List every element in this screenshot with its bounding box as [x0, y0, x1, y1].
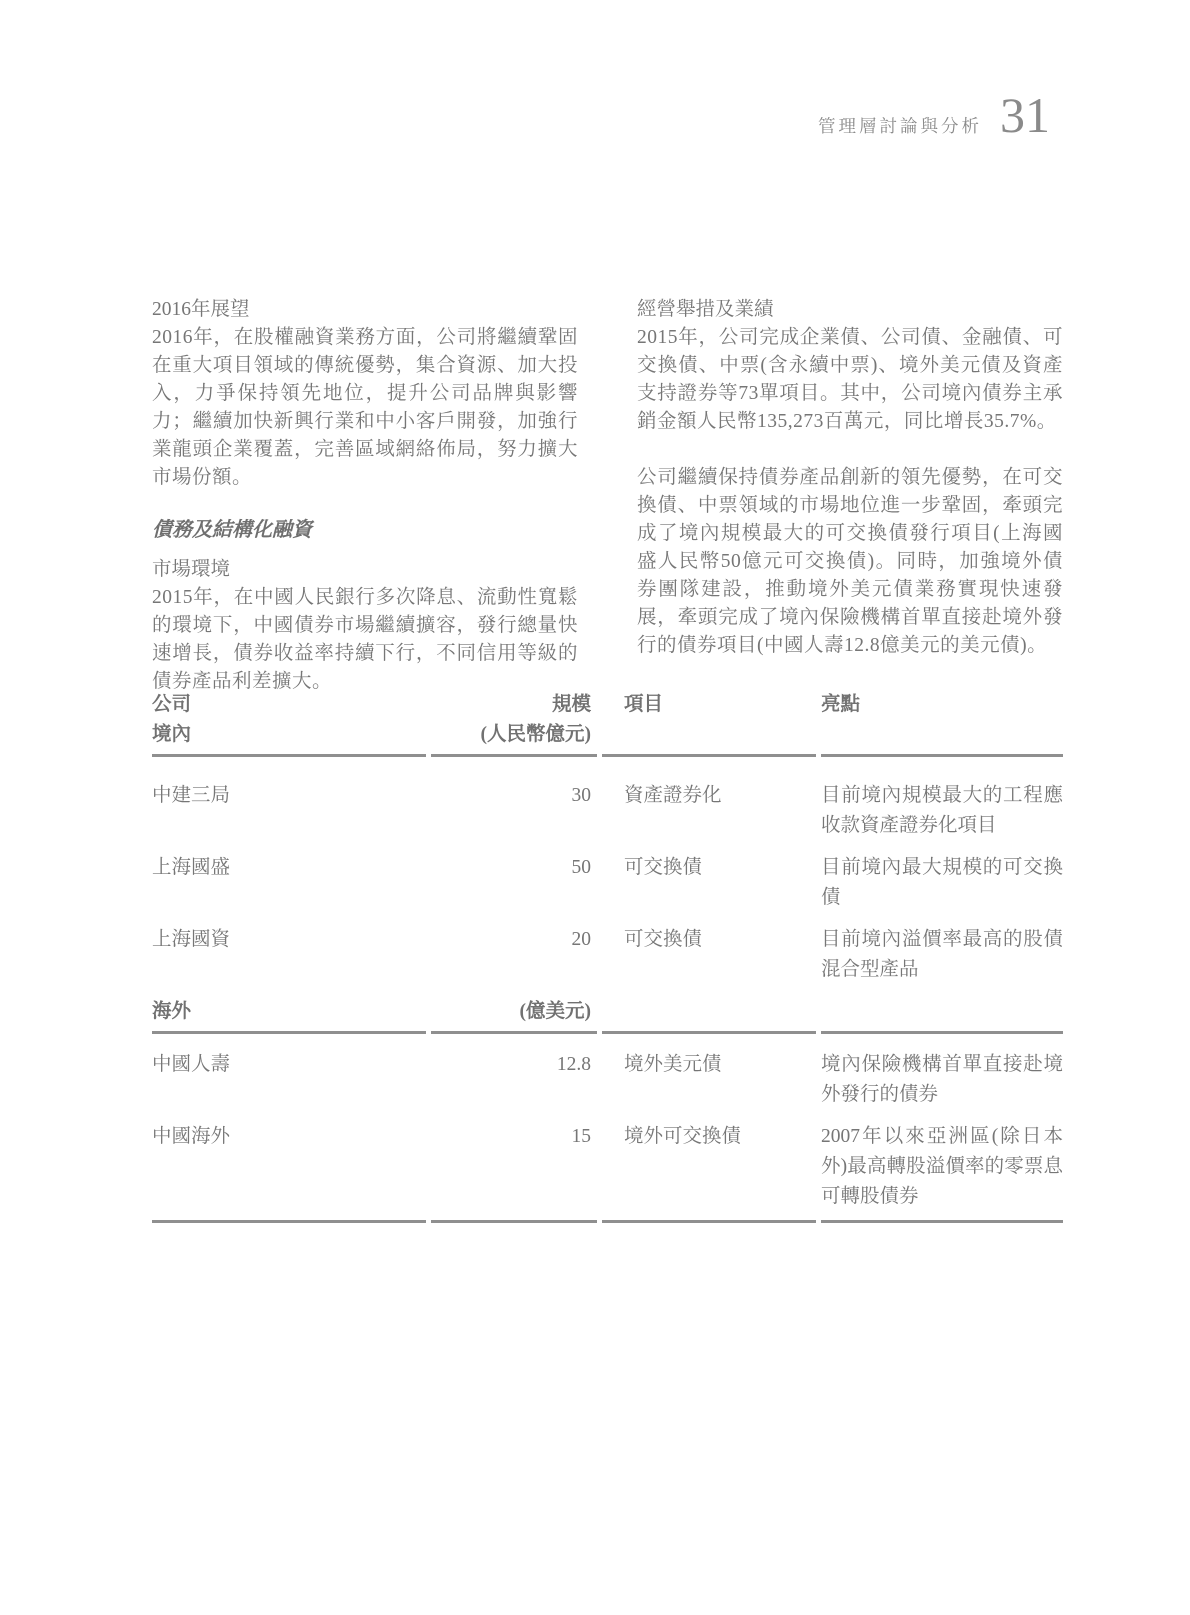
- header-highlight-cell: 亮點: [821, 690, 1063, 720]
- section-title: 管理層討論與分析: [818, 113, 982, 138]
- report-page: 管理層討論與分析 31 2016年展望 2016年，在股權融資業務方面，公司將繼…: [0, 0, 1190, 1615]
- cell-company: 中建三局: [152, 781, 426, 811]
- cell-company: 上海國資: [152, 925, 426, 955]
- cell-highlight: 目前境內規模最大的工程應收款資產證券化項目: [821, 781, 1063, 841]
- right-column: 經營舉措及業績 2015年，公司完成企業債、公司債、金融債、可交換債、中票(含永…: [637, 296, 1063, 696]
- left-column: 2016年展望 2016年，在股權融資業務方面，公司將繼續鞏固在重大項目領域的傳…: [152, 296, 578, 696]
- section-label-overseas: 海外: [152, 997, 426, 1027]
- table-rule-bottom: [152, 1220, 1063, 1223]
- column-header-project: 項目: [624, 690, 816, 720]
- column-header-highlight: 亮點: [821, 690, 1063, 720]
- body-columns: 2016年展望 2016年，在股權融資業務方面，公司將繼續鞏固在重大項目領域的傳…: [152, 296, 1063, 696]
- cell-scale: 12.8: [431, 1050, 597, 1080]
- table-header-row: 公司 境內 規模 (人民幣億元) 項目 亮點: [152, 690, 1063, 750]
- table-row: 上海國資 20 可交換債 目前境內溢價率最高的股債混合型產品: [152, 925, 1063, 985]
- cell-highlight: 目前境內溢價率最高的股債混合型產品: [821, 925, 1063, 985]
- cell-project: 資產證券化: [602, 781, 816, 811]
- debt-structured-finance-heading: 債務及結構化融資: [152, 516, 578, 544]
- market-environment-paragraph: 2015年，在中國人民銀行多次降息、流動性寬鬆的環境下，中國債券市場繼續擴容，發…: [152, 584, 578, 696]
- cell-project: 可交換債: [602, 853, 816, 883]
- results-heading: 經營舉措及業績: [637, 296, 1063, 324]
- table-section-row-overseas: 海外 (億美元): [152, 997, 1063, 1027]
- page-number: 31: [1000, 86, 1050, 144]
- unit-label-overseas: (億美元): [431, 997, 597, 1027]
- table-row: 中國人壽 12.8 境外美元債 境內保險機構首單直接赴境外發行的債券: [152, 1050, 1063, 1110]
- table-row: 中建三局 30 資產證券化 目前境內規模最大的工程應收款資產證券化項目: [152, 781, 1063, 841]
- innovation-paragraph: 公司繼續保持債券產品創新的領先優勢，在可交換債、中票領域的市場地位進一步鞏固，牽…: [637, 464, 1063, 660]
- header-company-cell: 公司 境內: [152, 690, 426, 750]
- cell-project: 可交換債: [602, 925, 816, 955]
- cell-project: 境外可交換債: [602, 1122, 816, 1152]
- table-rule-top: [152, 754, 1063, 757]
- unit-label-domestic: (人民幣億元): [431, 720, 591, 750]
- outlook-heading: 2016年展望: [152, 296, 578, 324]
- cell-scale: 20: [431, 925, 597, 955]
- cell-highlight: 目前境內最大規模的可交換債: [821, 853, 1063, 913]
- outlook-paragraph: 2016年，在股權融資業務方面，公司將繼續鞏固在重大項目領域的傳統優勢，集合資源…: [152, 324, 578, 492]
- header-project-cell: 項目: [602, 690, 816, 720]
- cell-company: 中國人壽: [152, 1050, 426, 1080]
- header-scale-cell: 規模 (人民幣億元): [431, 690, 597, 750]
- section-label-domestic: 境內: [152, 720, 426, 750]
- column-header-scale: 規模: [431, 690, 591, 720]
- cell-company: 中國海外: [152, 1122, 426, 1152]
- running-head: 管理層討論與分析 31: [818, 86, 1050, 144]
- table-row: 上海國盛 50 可交換債 目前境內最大規模的可交換債: [152, 853, 1063, 913]
- cell-company: 上海國盛: [152, 853, 426, 883]
- market-environment-heading: 市場環境: [152, 556, 578, 584]
- results-paragraph: 2015年，公司完成企業債、公司債、金融債、可交換債、中票(含永續中票)、境外美…: [637, 324, 1063, 436]
- cell-scale: 30: [431, 781, 597, 811]
- table-row: 中國海外 15 境外可交換債 2007年以來亞洲區(除日本外)最高轉股溢價率的零…: [152, 1122, 1063, 1212]
- cell-highlight: 2007年以來亞洲區(除日本外)最高轉股溢價率的零票息可轉股債券: [821, 1122, 1063, 1212]
- cell-scale: 15: [431, 1122, 597, 1152]
- deals-table: 公司 境內 規模 (人民幣億元) 項目 亮點 中建三局 30 資產證券化 目前境…: [152, 690, 1063, 1223]
- cell-scale: 50: [431, 853, 597, 883]
- cell-highlight: 境內保險機構首單直接赴境外發行的債券: [821, 1050, 1063, 1110]
- table-rule-middle: [152, 1031, 1063, 1034]
- column-header-company: 公司: [152, 690, 426, 720]
- cell-project: 境外美元債: [602, 1050, 816, 1080]
